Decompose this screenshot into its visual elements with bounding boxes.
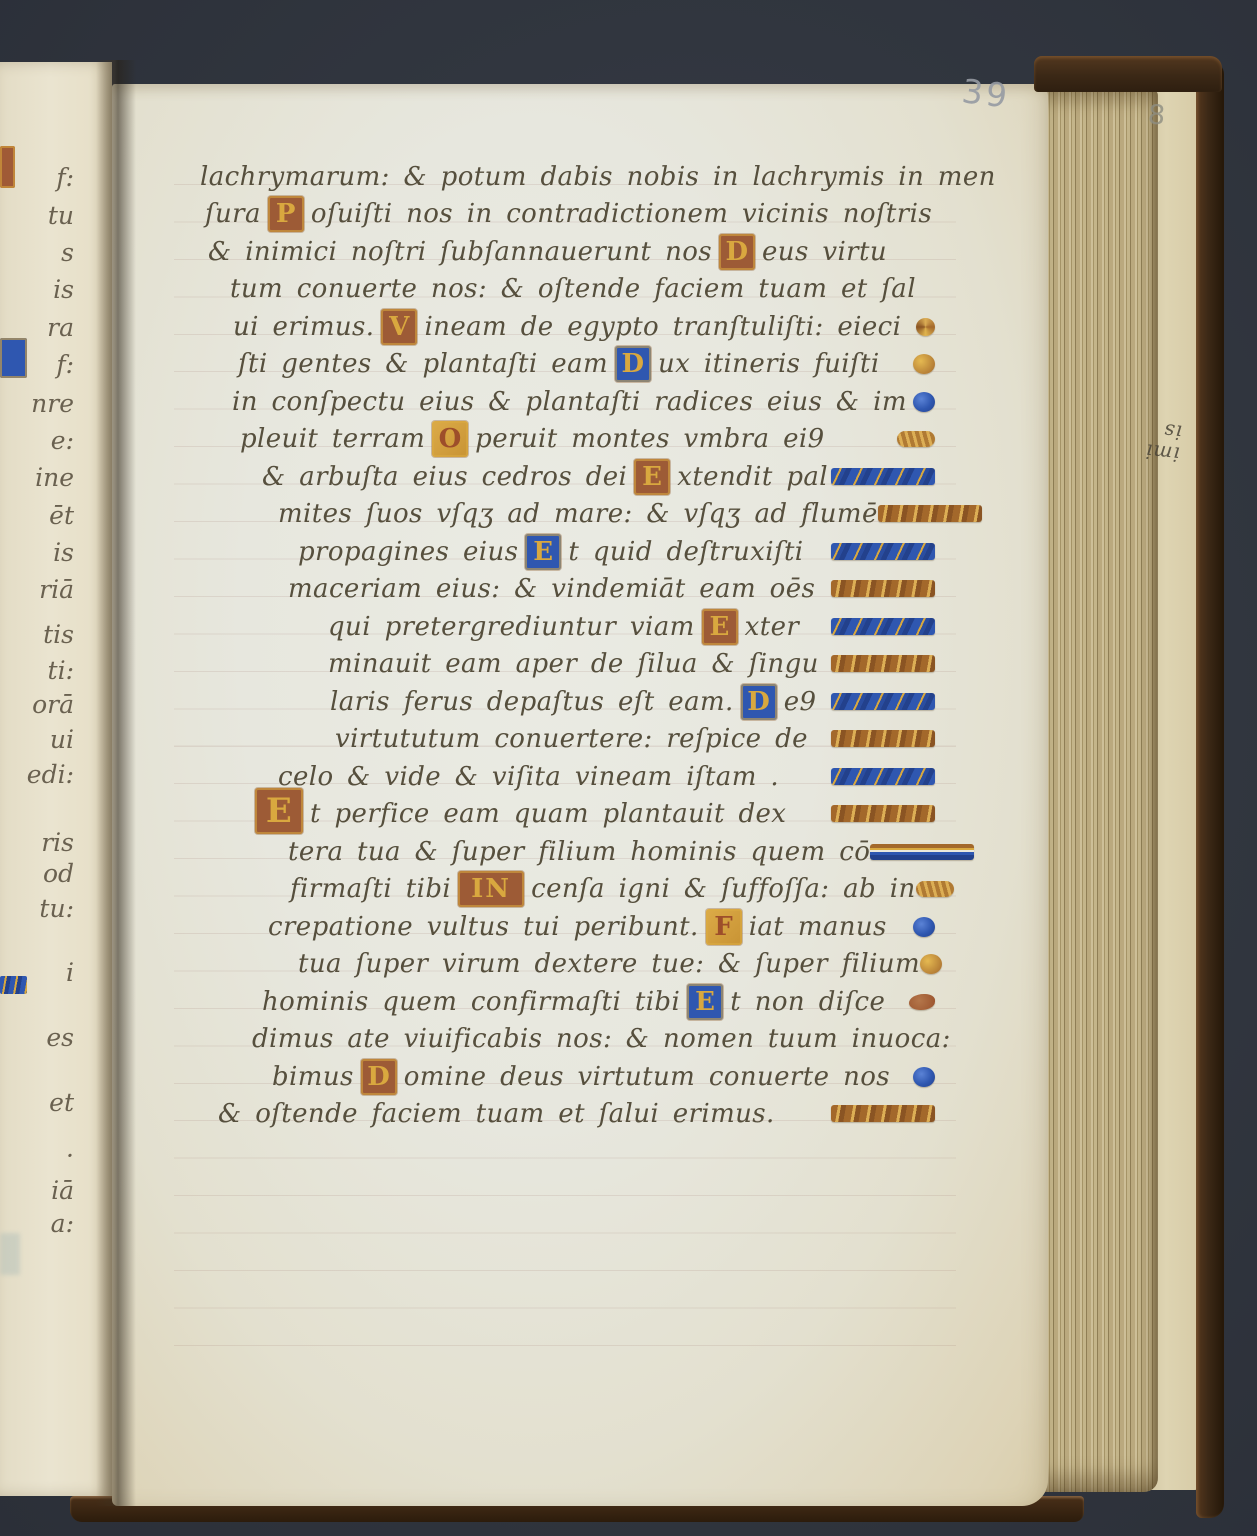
manuscript-text: ſti gentes & plantaſti eam xyxy=(238,349,608,379)
facing-page-text-fragment: ris xyxy=(41,830,74,855)
facing-page-text-fragment: od xyxy=(43,861,74,886)
manuscript-line: mites ſuos vſqʒ ad mare: & vſqʒ ad flumē xyxy=(278,495,935,532)
facing-page-text-fragment: is xyxy=(53,277,74,302)
manuscript-text: ui erimus. xyxy=(233,312,374,342)
manuscript-line: tua ſuper virum dextere tue: & ſuper fil… xyxy=(298,945,935,982)
manuscript-text: xter xyxy=(745,612,800,642)
manuscript-text: cenſa igni & ſuffoſſa: ab in xyxy=(531,874,915,904)
facing-page-text-fragment: · xyxy=(66,1143,74,1168)
illuminated-initial: V xyxy=(381,309,417,345)
manuscript-line: qui pretergrediuntur viamExter xyxy=(328,608,935,645)
manuscript-line: maceriam eius: & vindemiāt eam oēs xyxy=(288,570,935,607)
manuscript-text: e9 xyxy=(784,687,817,717)
illuminated-initial: D xyxy=(361,1059,397,1095)
facing-page-text-fragment: edi: xyxy=(27,762,74,787)
facing-page-text-fragment: tu xyxy=(48,203,74,228)
manuscript-text: & arbuſta eius cedros dei xyxy=(262,462,627,492)
manuscript-text: firmaſti tibi xyxy=(290,874,451,904)
manuscript-text: t perfice eam quam plantauit dex xyxy=(310,799,786,829)
facing-page-text-fragment: tu: xyxy=(39,896,74,921)
facing-page-text-fragment: s xyxy=(61,240,74,265)
manuscript-text: in conſpectu eius & plantaſti radices ei… xyxy=(232,387,907,417)
leather-binding-right xyxy=(1196,62,1224,1518)
illuminated-initial: P xyxy=(268,196,304,232)
manuscript-line: virtututum conuertere: reſpice de xyxy=(335,720,935,757)
illuminated-initial: E xyxy=(702,609,738,645)
illuminated-initial: E xyxy=(634,459,670,495)
manuscript-text: tera tua & ſuper filium hominis quem cō xyxy=(288,837,870,867)
line-filler-blue-dot xyxy=(913,1067,935,1087)
facing-page-text-fragment: ui xyxy=(50,727,74,752)
line-filler-gold-squiggle xyxy=(897,431,935,447)
facing-page-text-fragment: f: xyxy=(56,352,74,377)
manuscript-text: pleuit terram xyxy=(240,424,425,454)
illuminated-initial: D xyxy=(719,234,755,270)
photograph-background: f:tusisraf:nree:ineētisriātisti:orāuiedi… xyxy=(0,0,1257,1536)
manuscript-line: lachrymarum: & potum dabis nobis in lach… xyxy=(200,158,935,195)
manuscript-text: & inimici noſtri ſubſannauerunt nos xyxy=(208,237,712,267)
line-filler-gold-dot xyxy=(913,354,935,374)
facing-page-text-fragment: ine xyxy=(35,465,74,490)
facing-page-text-fragment: e: xyxy=(51,428,74,453)
illuminated-initial: D xyxy=(741,684,777,720)
manuscript-line: & oſtende faciem tuam et ſalui erimus. xyxy=(218,1095,935,1132)
manuscript-text: lachrymarum: & potum dabis nobis in lach… xyxy=(200,162,996,192)
manuscript-line: ui erimus.Vineam de egypto tranſtuliſti:… xyxy=(233,308,935,345)
manuscript-line: & arbuſta eius cedros deiExtendit pal xyxy=(262,458,935,495)
manuscript-page: 39 lachrymarum: & potum dabis nobis in l… xyxy=(112,84,1048,1506)
line-filler-blue-dot xyxy=(913,917,935,937)
illuminated-initial: F xyxy=(706,909,742,945)
smudge-block xyxy=(0,1233,20,1275)
manuscript-text: celo & vide & viſita vineam iſtam . xyxy=(278,762,779,792)
manuscript-text: minauit eam aper de ſilua & ſingu xyxy=(328,649,819,679)
line-filler-gold-bar xyxy=(831,805,935,822)
facing-page-text-fragment: f: xyxy=(56,165,74,190)
facing-page-text-fragment: is xyxy=(53,540,74,565)
manuscript-text: qui pretergrediuntur viam xyxy=(328,612,695,642)
facing-page-text-fragment: nre xyxy=(31,391,74,416)
manuscript-line: ſti gentes & plantaſti eamDux itineris f… xyxy=(238,345,935,382)
manuscript-text: bimus xyxy=(272,1062,354,1092)
manuscript-text: & oſtende faciem tuam et ſalui erimus. xyxy=(218,1099,775,1129)
line-filler-gold-curl xyxy=(916,318,935,336)
leather-binding-top xyxy=(1034,56,1222,92)
red-block xyxy=(0,146,15,188)
facing-page-text-fragment: i xyxy=(66,960,74,985)
manuscript-text: t non diſce xyxy=(730,987,885,1017)
manuscript-line: in conſpectu eius & plantaſti radices ei… xyxy=(232,383,935,420)
manuscript-line: hominis quem confirmaſti tibiEt non diſc… xyxy=(262,983,935,1020)
manuscript-line: tum conuerte nos: & oſtende faciem tuam … xyxy=(230,270,935,307)
facing-page-text-fragment: riā xyxy=(39,577,74,602)
manuscript-line: bimusDomine deus virtutum conuerte nos xyxy=(272,1058,935,1095)
edge-pencil-number: 8 xyxy=(1147,99,1166,131)
line-filler-gold-bar xyxy=(878,505,982,522)
manuscript-line: pleuit terramOperuit montes vmbra ei9 xyxy=(240,420,935,457)
manuscript-text: ſura xyxy=(205,199,261,229)
line-filler-red-dot xyxy=(909,994,935,1010)
manuscript-text: tum conuerte nos: & oſtende faciem tuam … xyxy=(230,274,916,304)
manuscript-text: xtendit pal xyxy=(677,462,828,492)
line-filler-gold-bar xyxy=(831,580,935,597)
manuscript-text: hominis quem confirmaſti tibi xyxy=(262,987,680,1017)
illuminated-initial: E xyxy=(255,788,303,834)
manuscript-text: ineam de egypto tranſtuliſti: eieci xyxy=(424,312,901,342)
manuscript-line: minauit eam aper de ſilua & ſingu xyxy=(328,645,935,682)
illuminated-initial: E xyxy=(525,534,561,570)
line-filler-blue-bar xyxy=(831,543,935,560)
illuminated-initial: D xyxy=(615,346,651,382)
line-filler-blue-bar2 xyxy=(870,844,974,860)
illuminated-initial: O xyxy=(432,421,468,457)
line-filler-gold-bar xyxy=(831,655,935,672)
manuscript-text: oſuiſti nos in contradictionem vicinis n… xyxy=(311,199,932,229)
line-filler-gold-bar xyxy=(831,730,935,747)
facing-page-text-fragment: ra xyxy=(47,315,74,340)
blue-block xyxy=(0,338,27,378)
facing-page-text-fragment: es xyxy=(46,1025,74,1050)
manuscript-line: Et perfice eam quam plantauit dex xyxy=(248,795,935,832)
manuscript-text: crepatione vultus tui peribunt. xyxy=(268,912,699,942)
line-filler-blue-bar xyxy=(831,468,935,485)
manuscript-line: & inimici noſtri ſubſannauerunt nosDeus … xyxy=(208,233,935,270)
manuscript-text: virtututum conuertere: reſpice de xyxy=(335,724,808,754)
facing-page-text-fragment: ēt xyxy=(49,503,74,528)
text-block: lachrymarum: & potum dabis nobis in lach… xyxy=(112,84,1048,1506)
manuscript-text: maceriam eius: & vindemiāt eam oēs xyxy=(288,574,815,604)
manuscript-text: mites ſuos vſqʒ ad mare: & vſqʒ ad flumē xyxy=(278,499,878,529)
manuscript-text: eus virtu xyxy=(762,237,887,267)
fore-edge-page-stack xyxy=(1036,88,1158,1492)
illuminated-initial: IN xyxy=(458,871,524,907)
manuscript-text: omine deus virtutum conuerte nos xyxy=(404,1062,890,1092)
line-filler-blue-bar xyxy=(831,768,935,785)
manuscript-line: propagines eiusEt quid deſtruxiſti xyxy=(298,533,935,570)
facing-page-text-fragment: orā xyxy=(32,692,74,717)
manuscript-line: crepatione vultus tui peribunt.Fiat manu… xyxy=(268,908,935,945)
manuscript-text: peruit montes vmbra ei9 xyxy=(475,424,824,454)
facing-page-text-fragment: ti: xyxy=(48,658,74,683)
line-filler-gold-squiggle xyxy=(916,881,954,897)
blue-bar-block xyxy=(0,976,27,994)
manuscript-line: laris ferus depaſtus eſt eam.De9 xyxy=(330,683,935,720)
illuminated-initial: E xyxy=(687,984,723,1020)
manuscript-text: propagines eius xyxy=(298,537,518,567)
manuscript-text: iat manus xyxy=(749,912,887,942)
gutter-shadow xyxy=(96,60,136,1506)
manuscript-text: ux itineris fuiſti xyxy=(658,349,880,379)
manuscript-line: celo & vide & viſita vineam iſtam . xyxy=(278,758,935,795)
manuscript-text: dimus ate viuificabis nos: & nomen tuum … xyxy=(252,1024,951,1054)
line-filler-gold-dot xyxy=(920,954,942,974)
line-filler-blue-dot xyxy=(913,392,935,412)
manuscript-text: tua ſuper virum dextere tue: & ſuper fil… xyxy=(298,949,920,979)
line-filler-gold-bar xyxy=(831,1105,935,1122)
manuscript-line: tera tua & ſuper filium hominis quem cō xyxy=(288,833,935,870)
facing-page-text-fragment: iā xyxy=(51,1178,74,1203)
manuscript-text: laris ferus depaſtus eſt eam. xyxy=(330,687,734,717)
facing-page-text-fragment: tis xyxy=(43,622,74,647)
manuscript-text: t quid deſtruxiſti xyxy=(568,537,803,567)
manuscript-line: dimus ate viuificabis nos: & nomen tuum … xyxy=(252,1020,935,1057)
manuscript-line: firmaſti tibiINcenſa igni & ſuffoſſa: ab… xyxy=(290,870,935,907)
manuscript-line: ſuraPoſuiſti nos in contradictionem vici… xyxy=(205,195,935,232)
line-filler-blue-bar xyxy=(831,693,935,710)
line-filler-blue-bar xyxy=(831,618,935,635)
facing-page-text-fragment: et xyxy=(49,1090,74,1115)
fore-edge-offset-text: imi is xyxy=(1144,418,1183,465)
facing-page-text-fragment: a: xyxy=(51,1211,74,1236)
